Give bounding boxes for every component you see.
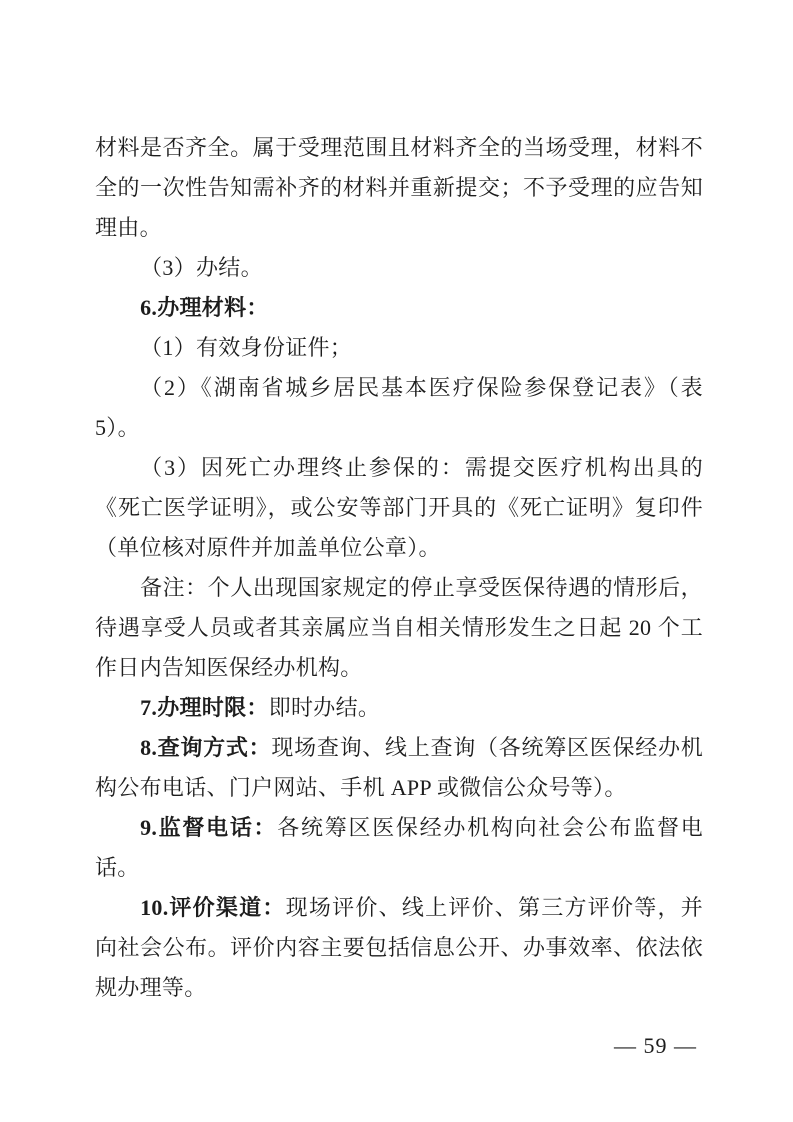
paragraph-text: 即时办结。	[269, 695, 381, 720]
paragraph-text: 备注：个人出现国家规定的停止享受医保待遇的情形后，待遇享受人员或者其亲属应当自相…	[95, 575, 703, 680]
paragraph-item-10-evaluation-channel: 10.评价渠道：现场评价、线上评价、第三方评价等，并向社会公布。评价内容主要包括…	[95, 888, 703, 1008]
paragraph-item-9-supervision-phone: 9.监督电话：各统筹区医保经办机构向社会公布监督电话。	[95, 808, 703, 888]
paragraph-label: 9.监督电话：	[140, 815, 277, 840]
paragraph-remark: 备注：个人出现国家规定的停止享受医保待遇的情形后，待遇享受人员或者其亲属应当自相…	[95, 568, 703, 688]
paragraph-text: （1）有效身份证件；	[140, 335, 352, 360]
paragraph-text: 材料是否齐全。属于受理范围且材料齐全的当场受理，材料不全的一次性告知需补齐的材料…	[95, 135, 703, 240]
document-page: 材料是否齐全。属于受理范围且材料齐全的当场受理，材料不全的一次性告知需补齐的材料…	[0, 0, 793, 1122]
paragraph-step-3-close: （3）办结。	[95, 248, 703, 288]
paragraph-item-8-query-method: 8.查询方式：现场查询、线上查询（各统筹区医保经办机构公布电话、门户网站、手机 …	[95, 728, 703, 808]
paragraph-label: 7.办理时限：	[140, 695, 269, 720]
paragraph-label: 6.办理材料：	[140, 295, 269, 320]
paragraph-item-7-time-limit: 7.办理时限：即时办结。	[95, 688, 703, 728]
paragraph-text: （3）办结。	[140, 255, 263, 280]
paragraph-label: 8.查询方式：	[140, 735, 271, 760]
paragraph-continuation: 材料是否齐全。属于受理范围且材料齐全的当场受理，材料不全的一次性告知需补齐的材料…	[95, 128, 703, 248]
page-number: — 59 —	[614, 1032, 697, 1060]
paragraph-material-3: （3）因死亡办理终止参保的：需提交医疗机构出具的《死亡医学证明》，或公安等部门开…	[95, 448, 703, 568]
paragraph-item-6-heading: 6.办理材料：	[95, 288, 703, 328]
paragraph-text: （3）因死亡办理终止参保的：需提交医疗机构出具的《死亡医学证明》，或公安等部门开…	[95, 455, 703, 560]
document-body: 材料是否齐全。属于受理范围且材料齐全的当场受理，材料不全的一次性告知需补齐的材料…	[95, 128, 703, 1008]
paragraph-text: （2）《湖南省城乡居民基本医疗保险参保登记表》（表 5）。	[95, 375, 703, 440]
paragraph-material-2: （2）《湖南省城乡居民基本医疗保险参保登记表》（表 5）。	[95, 368, 703, 448]
paragraph-label: 10.评价渠道：	[140, 895, 286, 920]
paragraph-material-1: （1）有效身份证件；	[95, 328, 703, 368]
